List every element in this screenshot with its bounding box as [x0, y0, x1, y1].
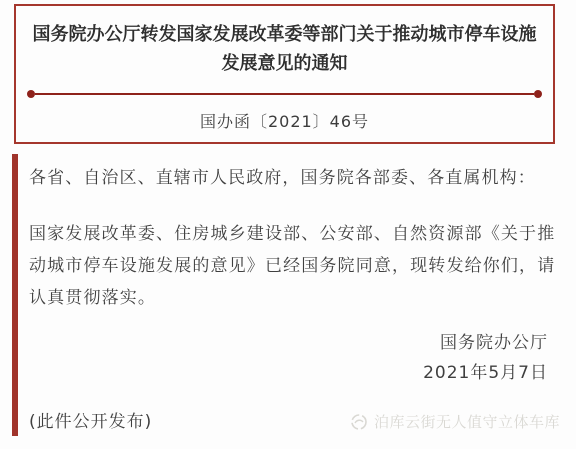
divider-line	[27, 90, 542, 98]
signature-block: 国务院办公厅 2021年5月7日	[423, 328, 548, 388]
left-accent-bar	[12, 154, 18, 436]
signature-date: 2021年5月7日	[423, 358, 548, 388]
document-header: 国务院办公厅转发国家发展改革委等部门关于推动城市停车设施发展意见的通知 国办函〔…	[14, 4, 555, 144]
main-paragraph: 国家发展改革委、住房城乡建设部、公安部、自然资源部《关于推动城市停车设施发展的意…	[29, 218, 560, 314]
signer-name: 国务院办公厅	[423, 328, 548, 358]
divider-rule	[35, 93, 534, 95]
logo-circle-icon	[350, 413, 368, 431]
document-title: 国务院办公厅转发国家发展改革委等部门关于推动城市停车设施发展意见的通知	[29, 20, 541, 78]
watermark: 泊库云街无人值守立体车库	[350, 406, 560, 438]
public-release-note: (此件公开发布)	[29, 406, 152, 438]
footer-row: (此件公开发布) 泊库云街无人值守立体车库	[29, 406, 560, 438]
divider-left-dot-icon	[27, 90, 35, 98]
salutation-line: 各省、自治区、直辖市人民政府，国务院各部委、各直属机构：	[29, 162, 563, 194]
document-number: 国办函〔2021〕46号	[16, 109, 553, 132]
watermark-text: 泊库云街无人值守立体车库	[374, 406, 560, 438]
divider-right-dot-icon	[534, 90, 542, 98]
